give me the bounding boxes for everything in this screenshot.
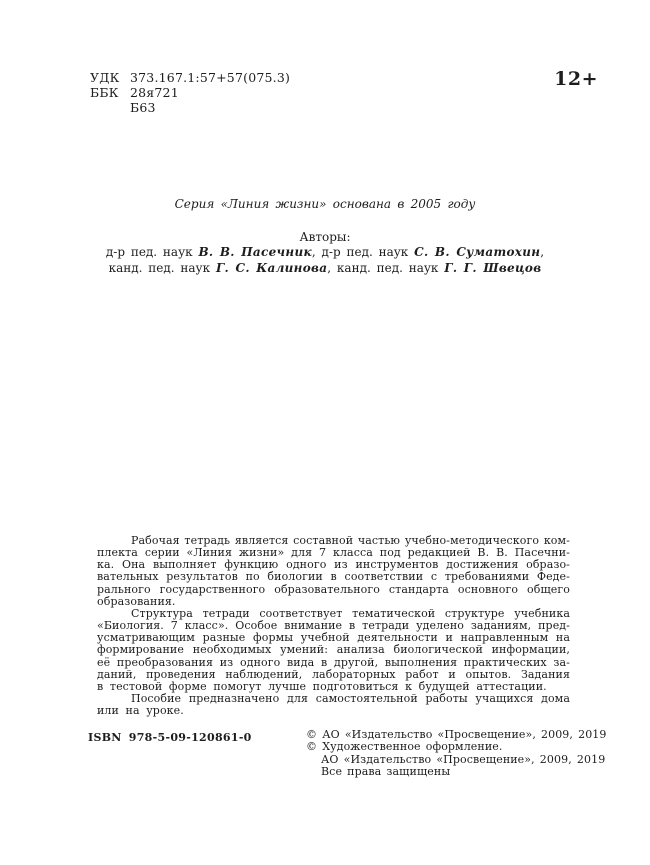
copyright-block: © АО «Издательство «Просвещение», 2009, … [306, 729, 607, 779]
annotation-line: формирование необходимых умений: анализа… [97, 644, 570, 656]
author-degree: канд. пед. наук [109, 261, 216, 275]
annotation-line: её преобразования из одного вида в друго… [97, 657, 570, 669]
author-code: Б63 [130, 100, 156, 115]
authors-line-2: канд. пед. наук Г. С. Калинова, канд. пе… [0, 261, 650, 276]
bibliographic-codes: УДК373.167.1:57+57(075.3) ББК28я721 Б63 [90, 70, 290, 116]
authors-line-comma: , [540, 245, 544, 259]
annotation-line: или на уроке. [97, 705, 570, 717]
author-degree: , канд. пед. наук [327, 261, 444, 275]
bbk-row: ББК28я721 [90, 85, 290, 100]
bbk-label: ББК [90, 85, 130, 100]
author-name: Г. С. Калинова [216, 261, 327, 275]
author-name: Г. Г. Швецов [444, 261, 541, 275]
udk-row: УДК373.167.1:57+57(075.3) [90, 70, 290, 85]
isbn: ISBN 978-5-09-120861-0 [88, 731, 252, 744]
series-note: Серия «Линия жизни» основана в 2005 году [0, 197, 650, 211]
annotation-block: Рабочая тетрадь является составной часть… [97, 535, 570, 717]
authors-line-1: д-р пед. наук В. В. Пасечник, д-р пед. н… [0, 245, 650, 260]
annotation-line: вательных результатов по биологии в соот… [97, 571, 570, 583]
author-name: С. В. Суматохин [414, 245, 540, 259]
copyright-line: Все права защищены [306, 766, 607, 778]
authors-heading: Авторы: [0, 230, 650, 245]
author-name: В. В. Пасечник [198, 245, 311, 259]
author-degree: д-р пед. наук [106, 245, 199, 259]
bbk-value: 28я721 [130, 85, 179, 100]
udk-label: УДК [90, 70, 130, 85]
authors-block: Авторы: д-р пед. наук В. В. Пасечник, д-… [0, 230, 650, 276]
author-degree: , д-р пед. наук [312, 245, 414, 259]
age-rating-badge: 12+ [554, 68, 598, 90]
udk-value: 373.167.1:57+57(075.3) [130, 70, 290, 85]
annotation-line: рального государственного образовательно… [97, 584, 570, 596]
book-imprint-page: УДК373.167.1:57+57(075.3) ББК28я721 Б63 … [0, 0, 650, 865]
author-code-row: Б63 [90, 100, 290, 115]
